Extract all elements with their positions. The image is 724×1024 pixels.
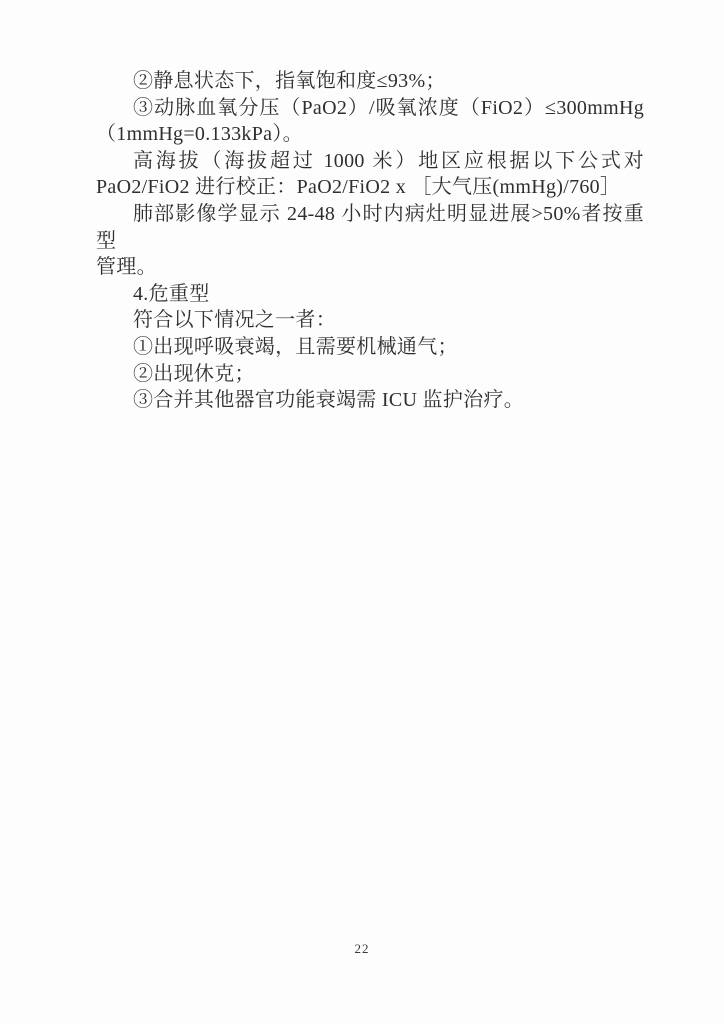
document-page: ②静息状态下，指氧饱和度≤93%； ③动脉血氧分压（PaO2）/吸氧浓度（FiO… — [0, 0, 724, 1024]
criteria-item-resting-spo2: ②静息状态下，指氧饱和度≤93%； — [96, 68, 644, 95]
high-altitude-correction-line-2: PaO2/FiO2 进行校正：PaO2/FiO2 x ［大气压(mmHg)/76… — [96, 174, 644, 201]
section-heading-critical-type: 4.危重型 — [96, 281, 644, 308]
critical-criterion-1: ①出现呼吸衰竭，且需要机械通气； — [96, 334, 644, 361]
high-altitude-correction-line-1: 高海拔（海拔超过 1000 米）地区应根据以下公式对 — [96, 148, 644, 175]
imaging-progression-note-line-1: 肺部影像学显示 24-48 小时内病灶明显进展>50%者按重型 — [96, 201, 644, 254]
critical-criterion-2: ②出现休克； — [96, 361, 644, 388]
imaging-progression-note-line-2: 管理。 — [96, 254, 644, 281]
page-number: 22 — [0, 941, 724, 957]
document-body: ②静息状态下，指氧饱和度≤93%； ③动脉血氧分压（PaO2）/吸氧浓度（FiO… — [96, 68, 644, 414]
critical-criteria-intro: 符合以下情况之一者： — [96, 307, 644, 334]
criteria-item-pao2-fio2-line-1: ③动脉血氧分压（PaO2）/吸氧浓度（FiO2）≤300mmHg — [96, 95, 644, 122]
critical-criterion-3: ③合并其他器官功能衰竭需 ICU 监护治疗。 — [96, 387, 644, 414]
criteria-item-pao2-fio2-line-2: （1mmHg=0.133kPa）。 — [96, 121, 644, 148]
